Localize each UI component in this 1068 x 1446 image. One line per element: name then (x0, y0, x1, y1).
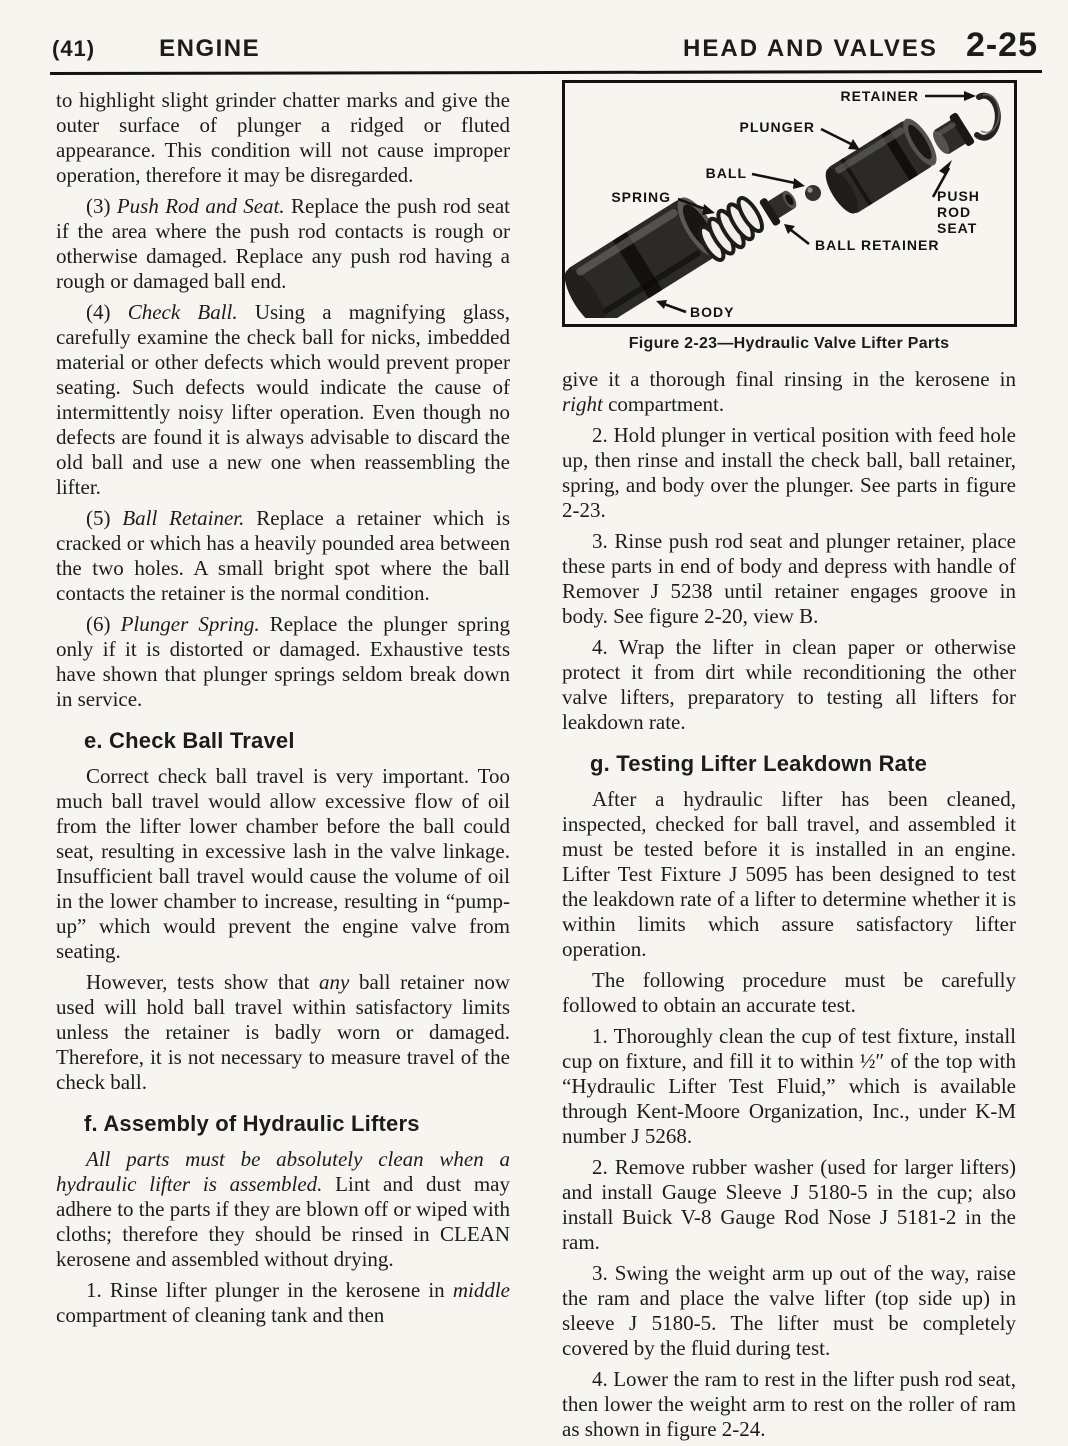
page-header: (41) ENGINE HEAD AND VALVES 2-25 (0, 26, 1068, 65)
retainer-clip-part (977, 94, 999, 137)
left-column-text: to highlight slight grinder chatter mark… (56, 88, 510, 1446)
figure-label-push-rod-seat: PUSH ROD SEAT (937, 188, 1011, 236)
figure-label-plunger: PLUNGER (715, 119, 815, 135)
plunger-part (819, 114, 943, 219)
paragraph: 3. Rinse push rod seat and plunger retai… (562, 529, 1016, 629)
paragraph: 4. Lower the ram to rest in the lifter p… (562, 1367, 1016, 1442)
paragraph: Correct check ball travel is very import… (56, 764, 510, 964)
paragraph: 1. Rinse lifter plunger in the kerosene … (56, 1278, 510, 1328)
figure-label-ball: BALL (663, 165, 747, 181)
paragraph: (3) Push Rod and Seat. Replace the push … (56, 194, 510, 294)
ball-retainer-part (759, 184, 802, 226)
page-number: 2-25 (966, 26, 1038, 65)
section-heading: f. Assembly of Hydraulic Lifters (84, 1111, 510, 1137)
paragraph: (6) Plunger Spring. Replace the plunger … (56, 612, 510, 712)
paragraph: 2. Hold plunger in vertical position wit… (562, 423, 1016, 523)
section-heading: g. Testing Lifter Leakdown Rate (590, 751, 1016, 777)
figure-label-spring: SPRING (575, 189, 671, 205)
paragraph: After a hydraulic lifter has been cleane… (562, 787, 1016, 962)
figure-label-retainer: RETAINER (819, 88, 919, 104)
figure-frame: RETAINER PLUNGER BALL SPRING PUSH ROD SE… (562, 80, 1017, 327)
paragraph: 4. Wrap the lifter in clean paper or oth… (562, 635, 1016, 735)
paragraph: (5) Ball Retainer. Replace a retainer wh… (56, 506, 510, 606)
issue-number: (41) (52, 36, 95, 62)
paragraph: give it a thorough final rinsing in the … (562, 367, 1016, 417)
figure-2-23: RETAINER PLUNGER BALL SPRING PUSH ROD SE… (562, 80, 1016, 353)
paragraph: (4) Check Ball. Using a magnifying glass… (56, 300, 510, 500)
section-heading: e. Check Ball Travel (84, 728, 510, 754)
figure-caption: Figure 2-23—Hydraulic Valve Lifter Parts (562, 335, 1016, 353)
figure-label-ball-retainer: BALL RETAINER (815, 237, 939, 253)
header-right: HEAD AND VALVES 2-25 (683, 26, 1038, 65)
paragraph: The following procedure must be carefull… (562, 968, 1016, 1018)
paragraph: All parts must be absolutely clean when … (56, 1147, 510, 1272)
right-column: RETAINER PLUNGER BALL SPRING PUSH ROD SE… (562, 80, 1016, 1446)
paragraph: 2. Remove rubber washer (used for larger… (562, 1155, 1016, 1255)
paragraph: 3. Swing the weight arm up out of the wa… (562, 1261, 1016, 1361)
header-left: (41) ENGINE (52, 35, 260, 63)
two-column-body: to highlight slight grinder chatter mark… (0, 74, 1068, 1446)
paragraph: However, tests show that any ball retain… (56, 970, 510, 1095)
paragraph: to highlight slight grinder chatter mark… (56, 88, 510, 188)
manual-page: (41) ENGINE HEAD AND VALVES 2-25 to high… (0, 0, 1068, 1446)
chapter-title: ENGINE (159, 35, 260, 63)
section-title: HEAD AND VALVES (683, 35, 938, 63)
right-column-text: give it a thorough final rinsing in the … (562, 367, 1016, 1442)
paragraph: 1. Thoroughly clean the cup of test fixt… (562, 1024, 1016, 1149)
ball-part (805, 185, 821, 201)
figure-label-body: BODY (690, 304, 734, 320)
